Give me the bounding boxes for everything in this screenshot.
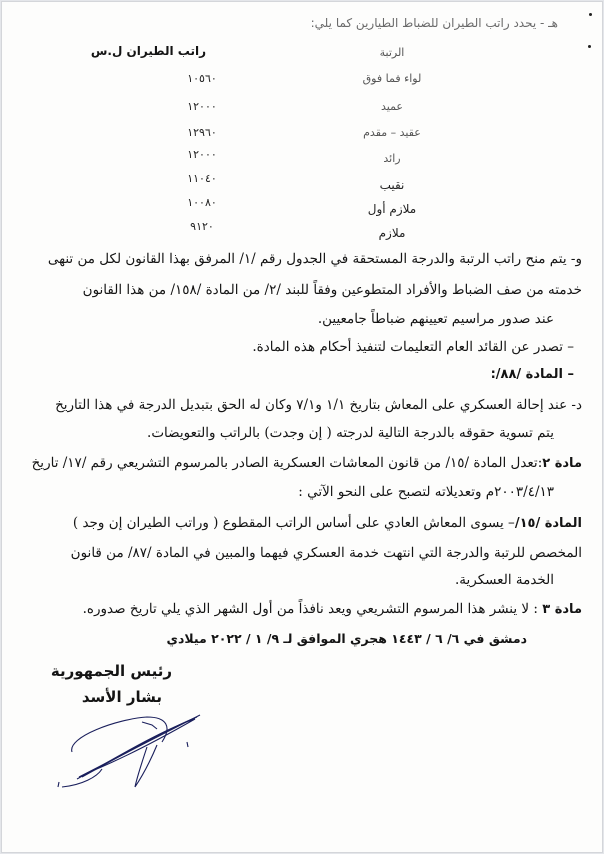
pay-cell: ٩١٢٠: [162, 220, 242, 233]
pay-cell: ١١٠٤٠: [162, 172, 242, 185]
rank-cell: عميد: [332, 100, 452, 113]
signature-scribble-icon: [57, 707, 217, 797]
rank-cell: ملازم: [332, 226, 452, 240]
rank-cell: نقيب: [332, 178, 452, 192]
clause-waw-line-1: و- يتم منح راتب الرتبة والدرجة المستحقة …: [48, 251, 582, 267]
signatory-title: رئيس الجمهورية: [51, 662, 172, 680]
scan-speck: [589, 13, 592, 16]
clause-dal-line-1: د- عند إحالة العسكري على المعاش بتاريخ ١…: [55, 397, 582, 413]
signatory-name: بشار الأسد: [82, 688, 162, 706]
document-page: هـ - يحدد راتب الطيران للضباط الطيارين ك…: [1, 1, 603, 853]
article-2-label: مادة ٢: [542, 456, 582, 471]
issue-date-line: دمشق في ٦/ ٦ / ١٤٤٣ هجري الموافق لـ ٩/ ١…: [167, 631, 528, 646]
clause-h-heading: هـ - يحدد راتب الطيران للضباط الطيارين ك…: [311, 16, 558, 30]
scan-speck: [588, 45, 591, 48]
article-3: مادة ٣ : لا ينشر هذا المرسوم التشريعي وي…: [83, 601, 582, 617]
article-2-line-1: :تعدل المادة /١٥/ من قانون المعاشات العس…: [32, 455, 543, 471]
rank-cell: لواء فما فوق: [332, 72, 452, 85]
article-88-heading: – المادة /٨٨/:: [491, 367, 574, 382]
article-15-line-2: المخصص للرتبة والدرجة التي انتهت خدمة ال…: [71, 545, 582, 561]
instructions-line: – تصدر عن القائد العام التعليمات لتنفيذ …: [252, 339, 574, 355]
pay-cell: ١٢٠٠٠: [162, 148, 242, 161]
article-15-label: المادة /١٥/: [515, 516, 582, 531]
article-15-line-3: الخدمة العسكرية.: [455, 572, 554, 588]
rank-column-header: الرتبة: [332, 46, 452, 59]
rank-cell: ملازم أول: [332, 202, 452, 216]
pay-column-header: راتب الطيران ل.س: [91, 44, 206, 58]
pay-cell: ١٠٥٦٠: [162, 72, 242, 85]
clause-waw-line-3: عند صدور مراسيم تعيينهم ضباطاً جامعيين.: [318, 311, 554, 327]
article-3-label: مادة ٣: [542, 602, 582, 617]
rank-cell: عقيد – مقدم: [332, 126, 452, 139]
article-2-line-2: ٢٠٠٣/٤/١٣م وتعديلاته لتصبح على النحو الآ…: [298, 484, 554, 500]
rank-cell: رائد: [332, 152, 452, 165]
article-15: المادة /١٥/– يسوى المعاش العادي على أساس…: [73, 515, 582, 531]
clause-waw-line-2: خدمته من صف الضباط والأفراد المتطوعين وف…: [83, 282, 582, 298]
clause-dal-line-2: يتم تسوية حقوقه بالدرجة التالية لدرجته (…: [147, 425, 554, 441]
pay-cell: ١٠٠٨٠: [162, 196, 242, 209]
pay-cell: ١٢٩٦٠: [162, 126, 242, 139]
article-2: مادة ٢:تعدل المادة /١٥/ من قانون المعاشا…: [32, 455, 582, 471]
article-15-line-1: – يسوى المعاش العادي على أساس الراتب الم…: [73, 515, 515, 531]
pay-cell: ١٢٠٠٠: [162, 100, 242, 113]
article-3-text: : لا ينشر هذا المرسوم التشريعي ويعد نافذ…: [83, 601, 538, 617]
